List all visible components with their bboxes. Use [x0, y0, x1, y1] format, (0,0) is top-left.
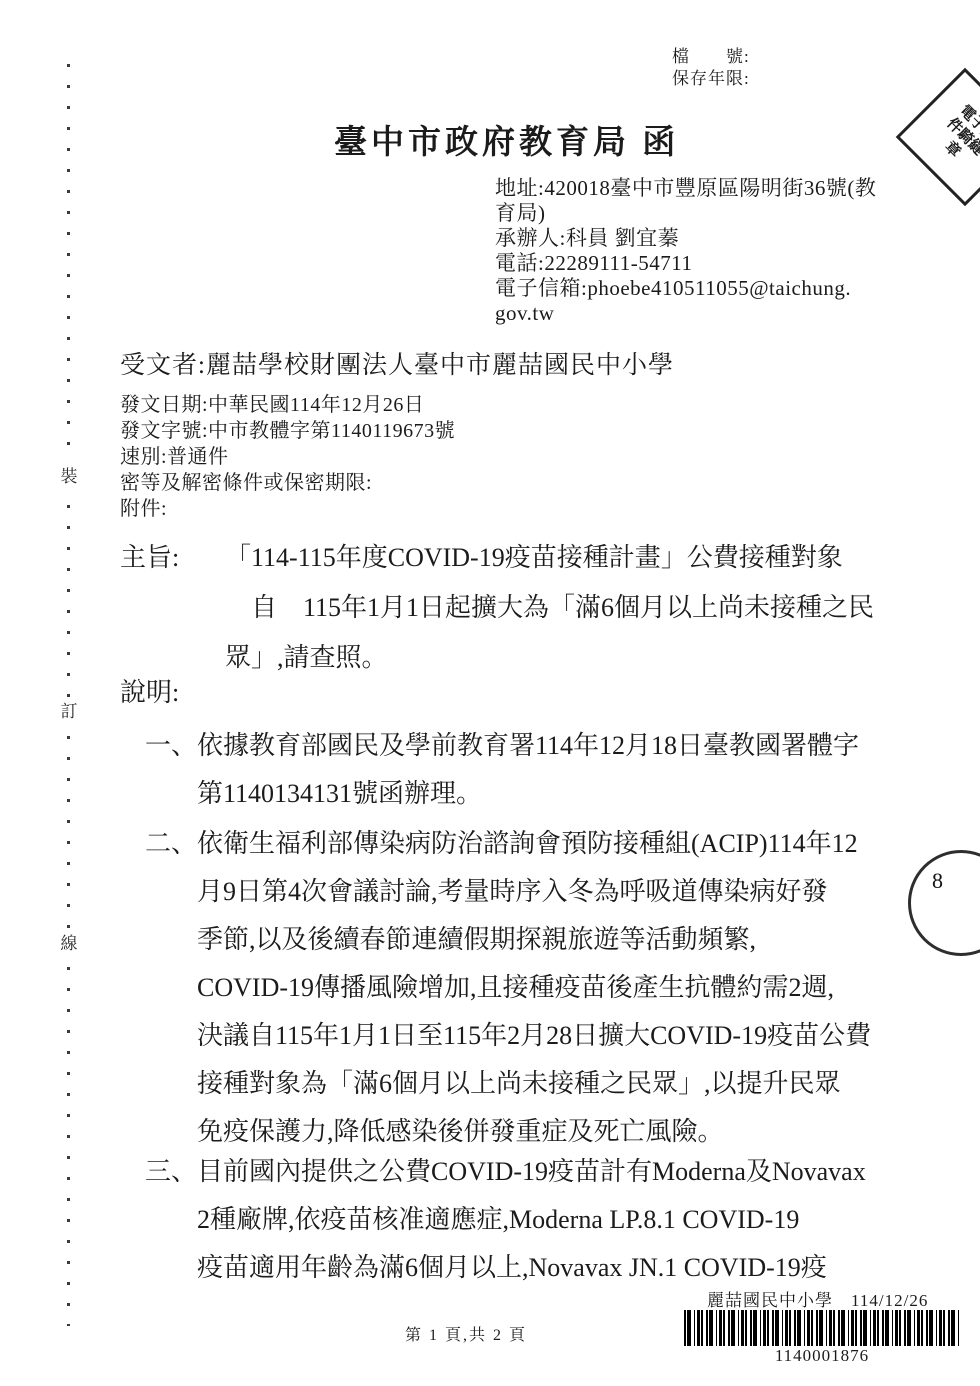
binding-mark-zhuang: 裝 [58, 462, 80, 487]
item-content: 依據教育部國民及學前教育署114年12月18日臺教國署體字 第114013413… [197, 722, 902, 818]
binding-mark-xian: 線 [58, 929, 80, 954]
explanation-item-2: 二、 依衛生福利部傳染病防治諮詢會預防接種組(ACIP)114年12 月9日第4… [145, 820, 902, 1156]
sender-address-line1: 地址:420018臺中市豐原區陽明街36號(教 [495, 176, 876, 201]
page-number-indicator: 第 1 頁,共 2 頁 [405, 1322, 527, 1345]
issue-date-line: 發文日期:中華民國114年12月26日 [120, 392, 455, 418]
item-line: 季節,以及後續春節連續假期探親旅遊等活動頻繁, [197, 916, 902, 964]
subject-block: 主旨: 「114-115年度COVID-19疫苗接種計畫」公費接種對象 自 11… [120, 533, 895, 683]
item-line: 決議自115年1月1日至115年2月28日擴大COVID-19疫苗公費 [197, 1012, 902, 1060]
item-line: 依據教育部國民及學前教育署114年12月18日臺教國署體字 [197, 722, 902, 770]
seam-stamp-text: 電子文件騎縫章 [926, 98, 980, 176]
item-line: 月9日第4次會議討論,考量時序入冬為呼吸道傳染病好發 [197, 868, 902, 916]
issue-number-line: 發文字號:中市教體字第1140119673號 [120, 418, 455, 444]
item-content: 依衛生福利部傳染病防治諮詢會預防接種組(ACIP)114年12 月9日第4次會議… [197, 820, 902, 1156]
attachment-line: 附件: [120, 496, 455, 522]
explanation-item-3: 三、 目前國內提供之公費COVID-19疫苗計有Moderna及Novavax … [145, 1148, 902, 1292]
sender-address-line2: 育局) [495, 201, 876, 226]
document-meta-block: 發文日期:中華民國114年12月26日 發文字號:中市教體字第114011967… [120, 392, 455, 522]
item-content: 目前國內提供之公費COVID-19疫苗計有Moderna及Novavax 2種廠… [197, 1148, 902, 1292]
item-number: 二、 [145, 820, 197, 1156]
item-line: 接種對象為「滿6個月以上尚未接種之民眾」,以提升民眾 [197, 1060, 902, 1108]
sender-contact-person: 承辦人:科員 劉宜蓁 [495, 226, 876, 251]
explanation-item-1: 一、 依據教育部國民及學前教育署114年12月18日臺教國署體字 第114013… [145, 722, 902, 818]
subject-label: 主旨: [120, 533, 225, 683]
subject-line: 自 115年1月1日起擴大為「滿6個月以上尚未接種之民 [225, 583, 895, 633]
item-line: COVID-19傳播風險增加,且接種疫苗後產生抗體約需2週, [197, 964, 902, 1012]
seam-stamp: 電子文件騎縫章 [896, 68, 980, 207]
item-line: 2種廠牌,依疫苗核准適應症,Moderna LP.8.1 COVID-19 [197, 1196, 902, 1244]
sender-info-block: 地址:420018臺中市豐原區陽明街36號(教 育局) 承辦人:科員 劉宜蓁 電… [495, 176, 876, 326]
item-number: 一、 [145, 722, 197, 818]
sender-phone: 電話:22289111-54711 [495, 251, 876, 276]
receiver-stamp-text: 麗喆國民中小學 114/12/26 [707, 1286, 928, 1311]
subject-line: 「114-115年度COVID-19疫苗接種計畫」公費接種對象 [225, 533, 895, 583]
speed-class-line: 速別:普通件 [120, 444, 455, 470]
item-line: 目前國內提供之公費COVID-19疫苗計有Moderna及Novavax [197, 1148, 902, 1196]
binding-dotted-line [67, 64, 70, 1326]
page-seal-stamp [908, 850, 980, 956]
document-title: 臺中市政府教育局 函 [334, 116, 679, 163]
retention-period-label: 保存年限: [672, 68, 750, 90]
item-line: 疫苗適用年齡為滿6個月以上,Novavax JN.1 COVID-19疫 [197, 1244, 902, 1292]
binding-mark-ding: 訂 [58, 697, 80, 722]
item-line: 第1140134131號函辦理。 [197, 770, 902, 818]
file-number-block: 檔 號: 保存年限: [672, 46, 750, 90]
subject-line: 眾」,請查照。 [225, 633, 895, 683]
barcode [684, 1310, 960, 1346]
recipient-line: 受文者:麗喆學校財團法人臺中市麗喆國民中小學 [120, 345, 674, 381]
sender-email-line2: gov.tw [495, 301, 876, 326]
security-class-line: 密等及解密條件或保密期限: [120, 470, 455, 496]
file-number-label: 檔 號: [672, 46, 750, 68]
sender-email-line1: 電子信箱:phoebe410511055@taichung. [495, 276, 876, 301]
barcode-number: 1140001876 [684, 1346, 960, 1366]
subject-content: 「114-115年度COVID-19疫苗接種計畫」公費接種對象 自 115年1月… [225, 533, 895, 683]
document-page: 裝 訂 線 檔 號: 保存年限: 電子文件騎縫章 臺中市政府教育局 函 地址:4… [0, 0, 980, 1386]
item-number: 三、 [145, 1148, 197, 1292]
item-line: 依衛生福利部傳染病防治諮詢會預防接種組(ACIP)114年12 [197, 820, 902, 868]
explanation-label: 說明: [120, 672, 179, 709]
page-seal-number: 8 [932, 868, 943, 894]
